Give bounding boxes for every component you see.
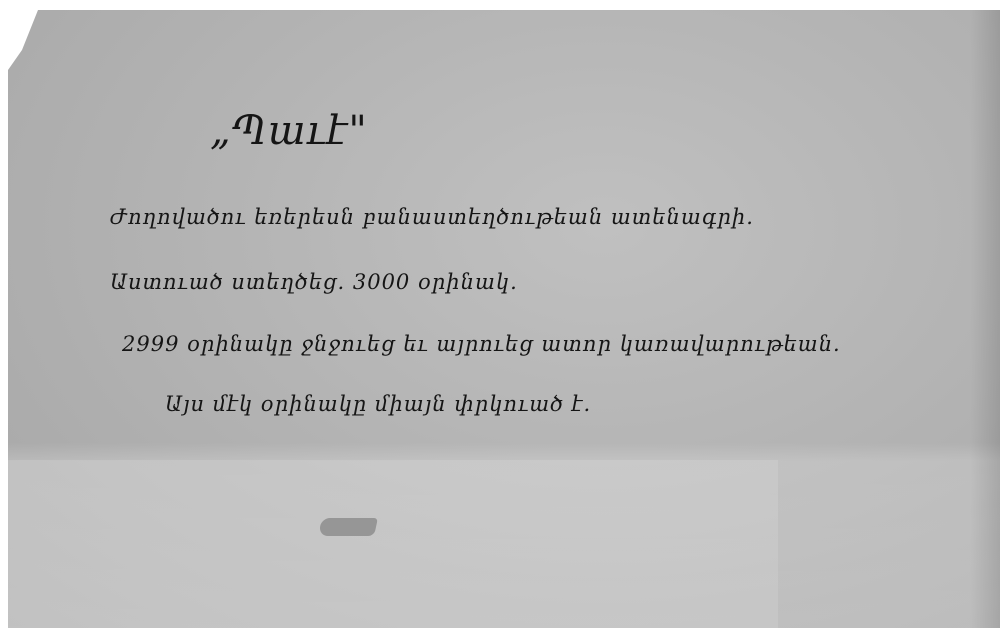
note-line-3: 2999 օրինակը ջնջուեց եւ այրուեց ատոր կառ… [122, 332, 841, 356]
note-line-2: Աստուած ստեղծեց. 3000 օրինակ. [110, 270, 518, 294]
ink-stain [318, 518, 378, 536]
note-title: „Պաւէ" [210, 108, 368, 154]
note-line-4: Այս մէկ օրինակը միայն փրկուած է. [165, 392, 591, 416]
paper-edge-shadow [970, 10, 1000, 628]
paper-light-region [8, 460, 778, 628]
note-line-1: Ժողովածու եռերեսն բանաստեղծութեան ատենագ… [110, 205, 754, 229]
